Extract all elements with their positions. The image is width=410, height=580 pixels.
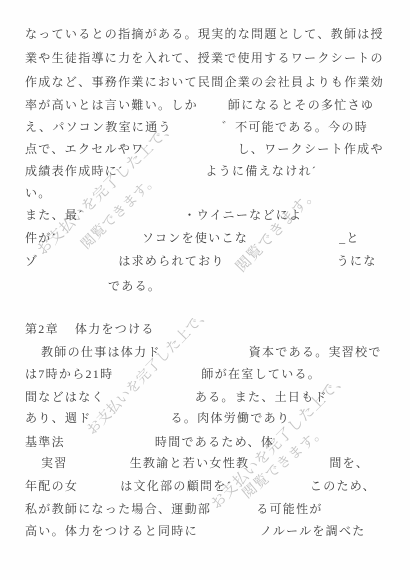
- text-run: である。: [108, 277, 161, 294]
- text-run: あり、週ド: [25, 409, 92, 426]
- text-run: ゛不可能である。今の時: [222, 118, 368, 135]
- text-run: し、ワークシート作成や: [237, 140, 383, 157]
- text-run: ゾ: [25, 252, 38, 269]
- document-line: 作成など、事務作業において民間企業の会社員よりも作業効: [25, 73, 384, 90]
- text-run: 年配の女: [25, 477, 78, 494]
- text-run: また、最´: [25, 206, 84, 223]
- redacted-gap: [198, 522, 260, 523]
- redacted-gap: [84, 206, 184, 207]
- text-run: る。肉体労働であり: [171, 409, 291, 426]
- text-run: 作成など、事務作業において民間企業の会社員よりも作業効: [25, 73, 384, 90]
- document-line: なっているとの指摘がある。現実的な問題として、教師は授: [25, 25, 384, 42]
- redacted-gap: [248, 229, 339, 230]
- document-line: 年配の女は文化部の顧問を´このため、: [25, 477, 376, 494]
- document-line: は7時から21時師が在室している。: [25, 365, 321, 382]
- text-run: 体力をつける: [75, 320, 155, 337]
- document-line: 教師の仕事は体力ド資本である。実習校で: [41, 343, 382, 360]
- text-run: は求められており: [118, 252, 224, 269]
- text-run: 成績表作成時に´: [25, 162, 123, 179]
- text-run: は文化部の顧問を´: [120, 477, 232, 494]
- text-run: 時間であるため、体: [155, 433, 274, 450]
- document-line: ゾは求められておりうにな: [25, 252, 377, 269]
- text-run: ・ウイニーなどによ: [184, 206, 303, 223]
- text-run: 点で、エクセルやワ: [25, 140, 144, 157]
- document-line: 第2章体力をつける: [25, 320, 155, 337]
- text-run: 業や生徒指導に力を入れて、授業で使用するワークシートの: [25, 49, 384, 66]
- redacted-gap: [211, 500, 256, 501]
- redacted-gap: [144, 140, 237, 141]
- text-run: ノルールを調べた: [260, 522, 366, 539]
- text-run: 私が教師になった場合、運動部: [25, 500, 211, 517]
- document-line: である。: [108, 277, 161, 294]
- redacted-gap: [78, 477, 120, 478]
- text-run: は7時から21時: [25, 365, 113, 382]
- document-line: 基準法時間であるため、体: [25, 433, 274, 450]
- text-run: 間などはなく: [25, 388, 105, 405]
- text-run: なっているとの指摘がある。現実的な問題として、教師は授: [25, 25, 384, 42]
- text-run: 師が在室している。: [201, 365, 321, 382]
- redacted-gap: [92, 409, 171, 410]
- document-line: 間などはなくある。また、土日もド: [25, 388, 328, 405]
- text-run: る可能性が: [256, 500, 323, 517]
- redacted-gap: [57, 229, 142, 230]
- document-line: あり、週ドる。肉体労働であり: [25, 409, 290, 426]
- document-line: 成績表作成時に´ように備えなけれ´: [25, 162, 317, 179]
- document-page: お支払いを完了した上で、閲覧できます。お支払いを完了した上で、閲覧できます。お支…: [0, 0, 410, 580]
- text-run: 生教諭と若い女性教: [130, 454, 250, 471]
- text-run: 実習: [41, 454, 68, 471]
- document-line: 実習生教諭と若い女性教間を、: [41, 454, 369, 471]
- text-run: 率が高いとは言い難い。しか: [25, 96, 198, 113]
- redacted-gap: [105, 388, 195, 389]
- redacted-gap: [65, 433, 155, 434]
- redacted-gap: [198, 96, 228, 97]
- redacted-gap: [38, 252, 118, 253]
- text-run: 間を、: [329, 454, 369, 471]
- text-run: 師になるとその多忙さゆ: [228, 96, 374, 113]
- document-line: え、パソコン教室に通う゛不可能である。今の時: [25, 118, 368, 135]
- redacted-gap: [59, 320, 75, 321]
- redacted-gap: [123, 162, 205, 163]
- text-run: 教師の仕事は体力ド: [41, 343, 161, 360]
- text-run: このため、: [310, 477, 376, 494]
- text-run: 第2章: [25, 320, 59, 337]
- redacted-gap: [113, 365, 201, 366]
- document-line: 件が´ソコンを使いこな_と: [25, 229, 360, 246]
- text-run: 資本である。実習校で: [249, 343, 382, 360]
- text-run: え、パソコン教室に通う: [25, 118, 172, 135]
- text-run: うにな: [337, 252, 377, 269]
- document-line: また、最´・ウイニーなどによ: [25, 206, 302, 223]
- redacted-gap: [161, 343, 249, 344]
- document-line: 業や生徒指導に力を入れて、授業で使用するワークシートの: [25, 49, 384, 66]
- text-run: 件が´: [25, 229, 57, 246]
- text-run: ように備えなけれ´: [205, 162, 317, 179]
- document-line: 私が教師になった場合、運動部る可能性が: [25, 500, 323, 517]
- document-line: 点で、エクセルやワし、ワークシート作成や: [25, 140, 384, 157]
- text-run: _と: [339, 229, 360, 246]
- redacted-gap: [232, 477, 310, 478]
- text-run: ソコンを使いこな: [142, 229, 248, 246]
- text-run: 基準法: [25, 433, 65, 450]
- text-run: 高い。体力をつけると同時に: [25, 522, 198, 539]
- redacted-gap: [249, 454, 329, 455]
- redacted-gap: [68, 454, 130, 455]
- document-line: 高い。体力をつけると同時にノルールを調べた: [25, 522, 366, 539]
- redacted-gap: [172, 118, 222, 119]
- text-run: い。: [25, 184, 52, 201]
- document-line: 率が高いとは言い難い。しか師になるとその多忙さゆ: [25, 96, 374, 113]
- redacted-gap: [225, 252, 337, 253]
- text-run: ある。また、土日もド: [195, 388, 328, 405]
- document-line: い。: [25, 184, 52, 201]
